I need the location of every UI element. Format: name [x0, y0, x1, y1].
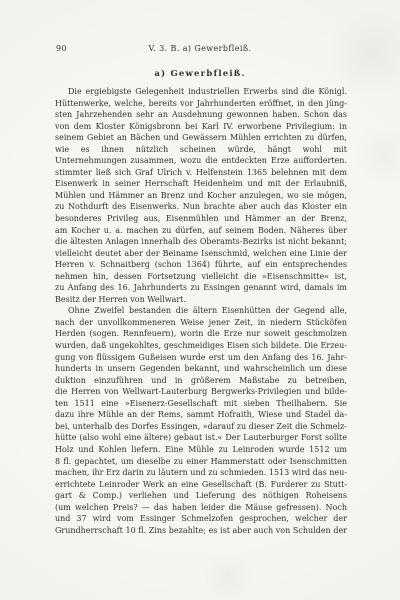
text-line: besonderes Privileg aus, Eisenmühlen und…: [55, 213, 347, 225]
paragraph: Die ergiebigste Gelegenheit industrielle…: [55, 86, 347, 305]
text-line: gung von flüssigem Gußeisen wurde erst u…: [55, 352, 347, 364]
text-line: Mühlen und Hämmer an Brenz und Kocher an…: [55, 190, 347, 202]
paragraph: Ohne Zweifel bestanden die ältern Eisenh…: [55, 305, 347, 536]
text-line: zu Anfang des 16. Jahrhunderts zu Essing…: [55, 282, 347, 294]
text-line: duktion einzuführen und in größerem Maßs…: [55, 375, 347, 387]
text-line: hütte (also wohl eine ältere) gebaut ist…: [55, 432, 347, 444]
text-line: seinem Gebiet an Bächen und Gewässern Mü…: [55, 132, 347, 144]
text-line: Hüttenwerke, welche, bereits vor Jahrhun…: [55, 98, 347, 110]
text-line: zu Nothdurft des Eisenwerks. Nun brachte…: [55, 201, 347, 213]
text-line: vielleicht deutet aber der Beiname Isens…: [55, 248, 347, 260]
section-heading: a) Gewerbfleiß.: [0, 69, 400, 79]
text-line: die Herren von Wellwart-Lauterburg Bergw…: [55, 386, 347, 398]
running-header-row: 90 V. 3. B. a) Gewerbfleiß.: [0, 44, 400, 56]
text-line: Herden (sogen. Rennfeuern), worin die Er…: [55, 328, 347, 340]
text-line: und 37 wird vom Essinger Schmelzofen ges…: [55, 513, 347, 525]
text-line: wurden, daß ungekohltes, geschmeidiges E…: [55, 340, 347, 352]
text-line: von dem Kloster Königsbronn bei Karl IV.…: [55, 121, 347, 133]
text-line: hunderts in unsern Gegenden bekannt, und…: [55, 363, 347, 375]
text-line: Holz und Kohlen liefern. Eine Mühle zu L…: [55, 444, 347, 456]
text-line: am Kocher u. a. machen zu dürfen, auf se…: [55, 225, 347, 237]
text-line: Besitz der Herren von Wellwart.: [55, 294, 347, 306]
text-line: machen, ihr Erz darin zu läutern und zu …: [55, 467, 347, 479]
text-line: stimmter ließ sich Graf Ulrich v. Helfen…: [55, 167, 347, 179]
text-line: Unternehmungen zusammen, wozu die entdec…: [55, 155, 347, 167]
text-line: errichtete Leinroder Werk an eine Gesell…: [55, 479, 347, 491]
text-line: (um welchen Preis? — das haben leider di…: [55, 502, 347, 514]
scanned-book-page: 90 V. 3. B. a) Gewerbfleiß. a) Gewerbfle…: [0, 0, 400, 600]
body-text: Die ergiebigste Gelegenheit industrielle…: [55, 86, 347, 536]
text-line: ten 1511 eine »Eisenerz-Gesellschaft mit…: [55, 398, 347, 410]
running-header: V. 3. B. a) Gewerbfleiß.: [0, 44, 400, 53]
text-line: bei, unterhalb des Dorfes Essingen, »dar…: [55, 421, 347, 433]
text-line: Herren v. Schnaitberg (schon 1364) führt…: [55, 259, 347, 271]
text-line: nehmen hin, dessen Fortsetzung vielleich…: [55, 271, 347, 283]
text-line: 8 fl. gepachtet, um dieselbe zu einer Ha…: [55, 456, 347, 468]
text-line: wie es ihnen nützlich scheinen würde, hä…: [55, 144, 347, 156]
text-line: sten Jahrzehenden sehr an Ausdehnung gew…: [55, 109, 347, 121]
text-line: gart & Comp.) verliehen und Lieferung de…: [55, 490, 347, 502]
text-line: Ohne Zweifel bestanden die ältern Eisenh…: [55, 305, 347, 317]
text-line: Eisenwerk in seiner Herrschaft Heidenhei…: [55, 178, 347, 190]
text-line: Die ergiebigste Gelegenheit industrielle…: [55, 86, 347, 98]
text-line: Grundherrschaft 10 fl. Zins bezahlte; es…: [55, 525, 347, 537]
text-line: die ältesten Anlagen innerhalb des Obera…: [55, 236, 347, 248]
text-line: dazu ihre Mühle an der Rems, sammt Hofra…: [55, 409, 347, 421]
text-line: nach der unvollkommeneren Weise jener Ze…: [55, 317, 347, 329]
